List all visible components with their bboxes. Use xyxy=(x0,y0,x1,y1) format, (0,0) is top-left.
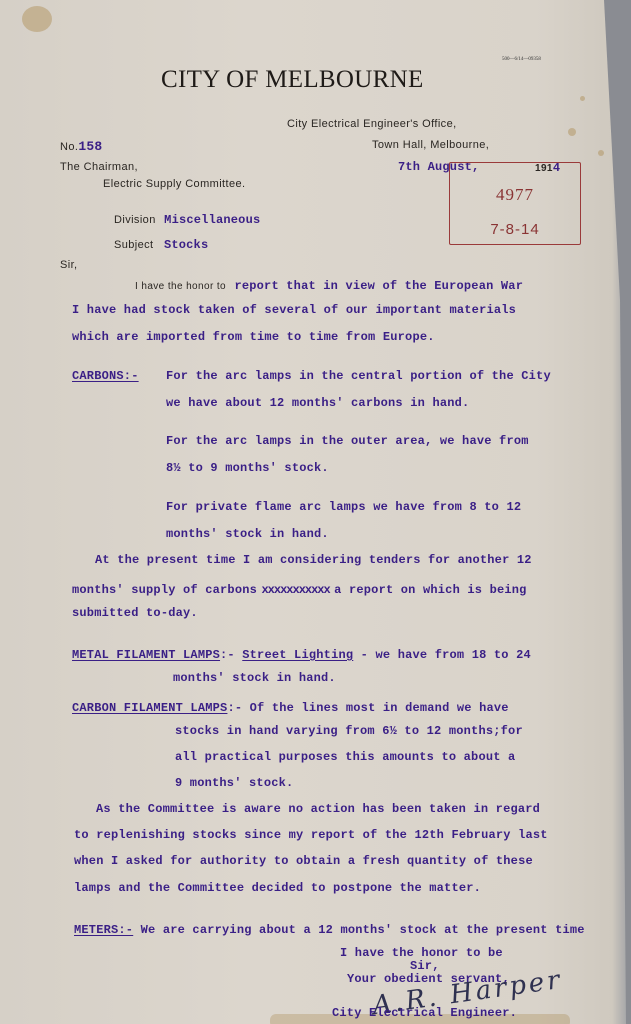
addressee-line-1: The Chairman, xyxy=(60,161,138,173)
letterhead-title: CITY OF MELBOURNE xyxy=(161,66,424,94)
division-row: Division Miscellaneous xyxy=(114,210,260,228)
carbons-heading: CARBONS:- xyxy=(72,369,139,383)
carbons-p3-line1: For private flame arc lamps we have from… xyxy=(166,500,521,514)
stain xyxy=(580,96,585,101)
committee-line-1: As the Committee is aware no action has … xyxy=(96,802,540,816)
carbons-p2-line2: 8½ to 9 months' stock. xyxy=(166,461,329,475)
subject-value: Stocks xyxy=(164,238,208,252)
tenders-line-3: submitted to-day. xyxy=(72,606,198,620)
closing-line-2: Sir, xyxy=(410,959,440,973)
letter-page: 500—6/14—09358 CITY OF MELBOURNE City El… xyxy=(0,0,631,1024)
struck-text: xxxxxxxxxxx xyxy=(261,583,329,597)
intro-line-2: I have had stock taken of several of our… xyxy=(72,303,516,317)
meters-heading: METERS:- xyxy=(74,923,133,937)
office-line-1: City Electrical Engineer's Office, xyxy=(287,118,457,130)
carbon-filament-line-3: all practical purposes this amounts to a… xyxy=(175,750,515,764)
carbon-filament-heading: CARBON FILAMENT LAMPS xyxy=(72,701,227,715)
tenders-line-1: At the present time I am considering ten… xyxy=(95,553,532,567)
committee-line-2: to replenishing stocks since my report o… xyxy=(74,828,548,842)
letter-number: No.158 xyxy=(60,137,102,155)
subject-row: Subject Stocks xyxy=(114,235,208,253)
committee-line-4: lamps and the Committee decided to postp… xyxy=(74,881,481,895)
stamp-date: 7-8-14 xyxy=(450,221,580,238)
number-value: 158 xyxy=(78,139,102,154)
signatory-title: City Electrical Engineer. xyxy=(332,1006,517,1020)
carbon-filament-line-1: CARBON FILAMENT LAMPS:- Of the lines mos… xyxy=(72,698,509,716)
metal-filament-heading: METAL FILAMENT LAMPS xyxy=(72,648,220,662)
office-line-2: Town Hall, Melbourne, xyxy=(372,139,489,151)
street-lighting-subheading: Street Lighting xyxy=(242,648,353,662)
metal-filament-line-2: months' stock in hand. xyxy=(173,671,336,685)
carbon-filament-line-4: 9 months' stock. xyxy=(175,776,293,790)
number-label: No. xyxy=(60,141,78,153)
form-number: 500—6/14—09358 xyxy=(502,57,541,62)
salutation: Sir, xyxy=(60,259,78,271)
carbons-p3-line2: months' stock in hand. xyxy=(166,527,329,541)
stain xyxy=(568,128,576,136)
stain xyxy=(22,6,52,32)
intro-line-3: which are imported from time to time fro… xyxy=(72,330,435,344)
tenders-line-2: months' supply of carbons xxxxxxxxxxx a … xyxy=(72,580,527,598)
stamp-number: 4977 xyxy=(450,185,580,205)
carbon-filament-line-2: stocks in hand varying from 6½ to 12 mon… xyxy=(175,724,523,738)
carbons-p2-line1: For the arc lamps in the outer area, we … xyxy=(166,434,529,448)
division-value: Miscellaneous xyxy=(164,213,260,227)
stain xyxy=(598,150,604,156)
carbons-p1-line2: we have about 12 months' carbons in hand… xyxy=(166,396,469,410)
carbons-p1-line1: For the arc lamps in the central portion… xyxy=(166,369,551,383)
closing-line-1: I have the honor to be xyxy=(340,946,503,960)
meters-line: METERS:- We are carrying about a 12 mont… xyxy=(74,920,585,938)
addressee-line-2: Electric Supply Committee. xyxy=(103,178,245,190)
intro-line-1: I have the honor to report that in view … xyxy=(135,276,523,294)
metal-filament-line-1: METAL FILAMENT LAMPS:- Street Lighting -… xyxy=(72,645,531,663)
committee-line-3: when I asked for authority to obtain a f… xyxy=(74,854,533,868)
received-stamp: 4977 7-8-14 xyxy=(449,162,581,245)
